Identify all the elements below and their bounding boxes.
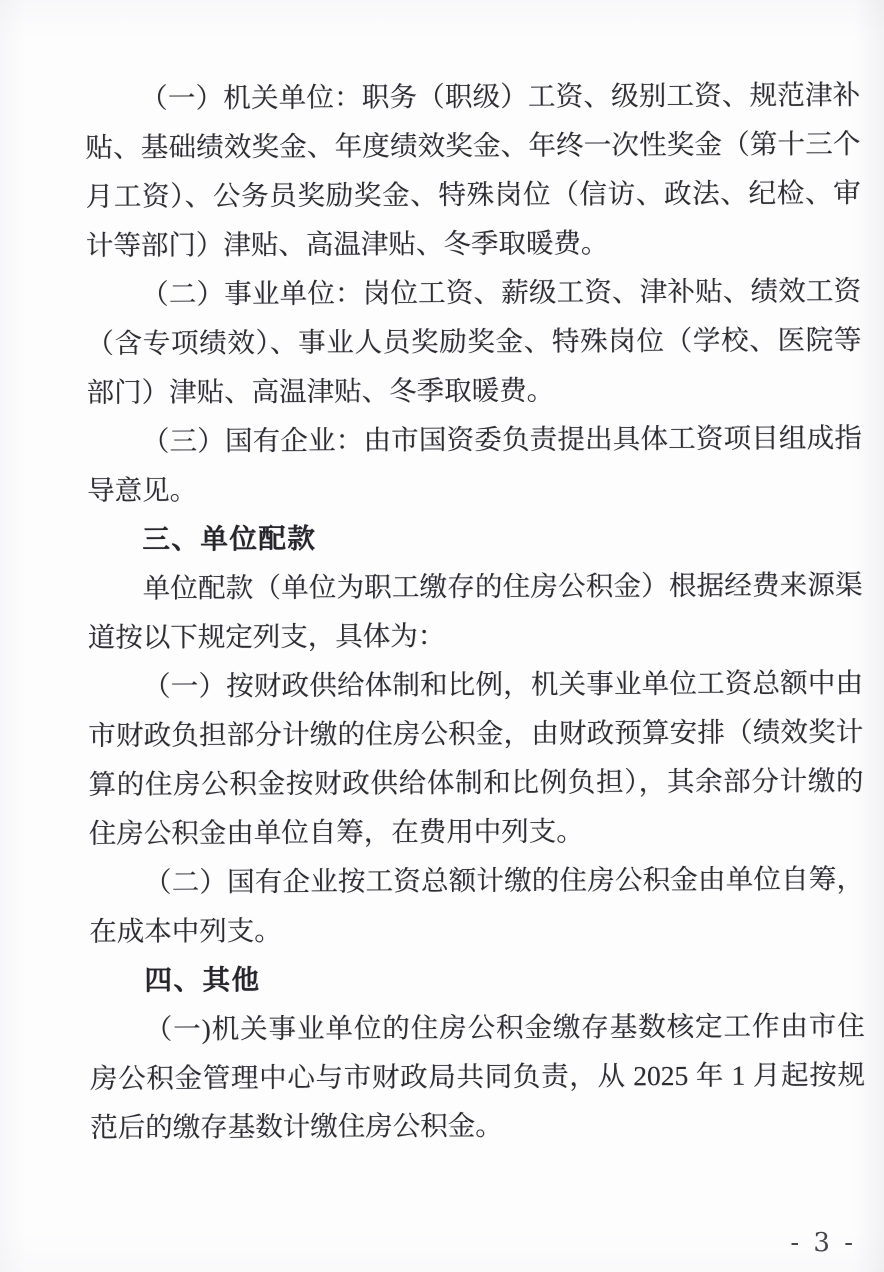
document-text-block: （一）机关单位：职务（职级）工资、级别工资、规范津补贴、基础绩效奖金、年度绩效奖…	[85, 70, 865, 1152]
paragraph-unit-contribution-intro: 单位配款（单位为职工缴存的住房公积金）根据经费来源渠道按以下规定列支，具体为：	[87, 560, 862, 662]
section-heading-others: 四、其他	[89, 952, 864, 1005]
paragraph-item3-state-owned-enterprises: （三）国有企业：由市国资委负责提出具体工资项目组成指导意见。	[87, 413, 862, 515]
paragraph-item2-public-institutions: （二）事业单位：岗位工资、薪级工资、津补贴、绩效工资（含专项绩效）、事业人员奖励…	[86, 266, 862, 417]
paragraph-fiscal-funding-rule: （一）按财政供给体制和比例，机关事业单位工资总额中由市财政负担部分计缴的住房公积…	[88, 658, 864, 858]
section-heading-unit-contribution: 三、单位配款	[87, 511, 862, 564]
paragraph-soe-funding-rule: （二）国有企业按工资总额计缴的住房公积金由单位自筹，在成本中列支。	[89, 854, 864, 956]
page-number: - 3 -	[790, 1228, 856, 1258]
paragraph-contribution-base-verification: （一)机关事业单位的住房公积金缴存基数核定工作由市住房公积金管理中心与市财政局共…	[90, 1001, 866, 1152]
paragraph-item1-government-units: （一）机关单位：职务（职级）工资、级别工资、规范津补贴、基础绩效奖金、年度绩效奖…	[85, 70, 861, 270]
scanned-page-background: { "document": { "blocks": [ { "type": "p…	[0, 0, 884, 1272]
